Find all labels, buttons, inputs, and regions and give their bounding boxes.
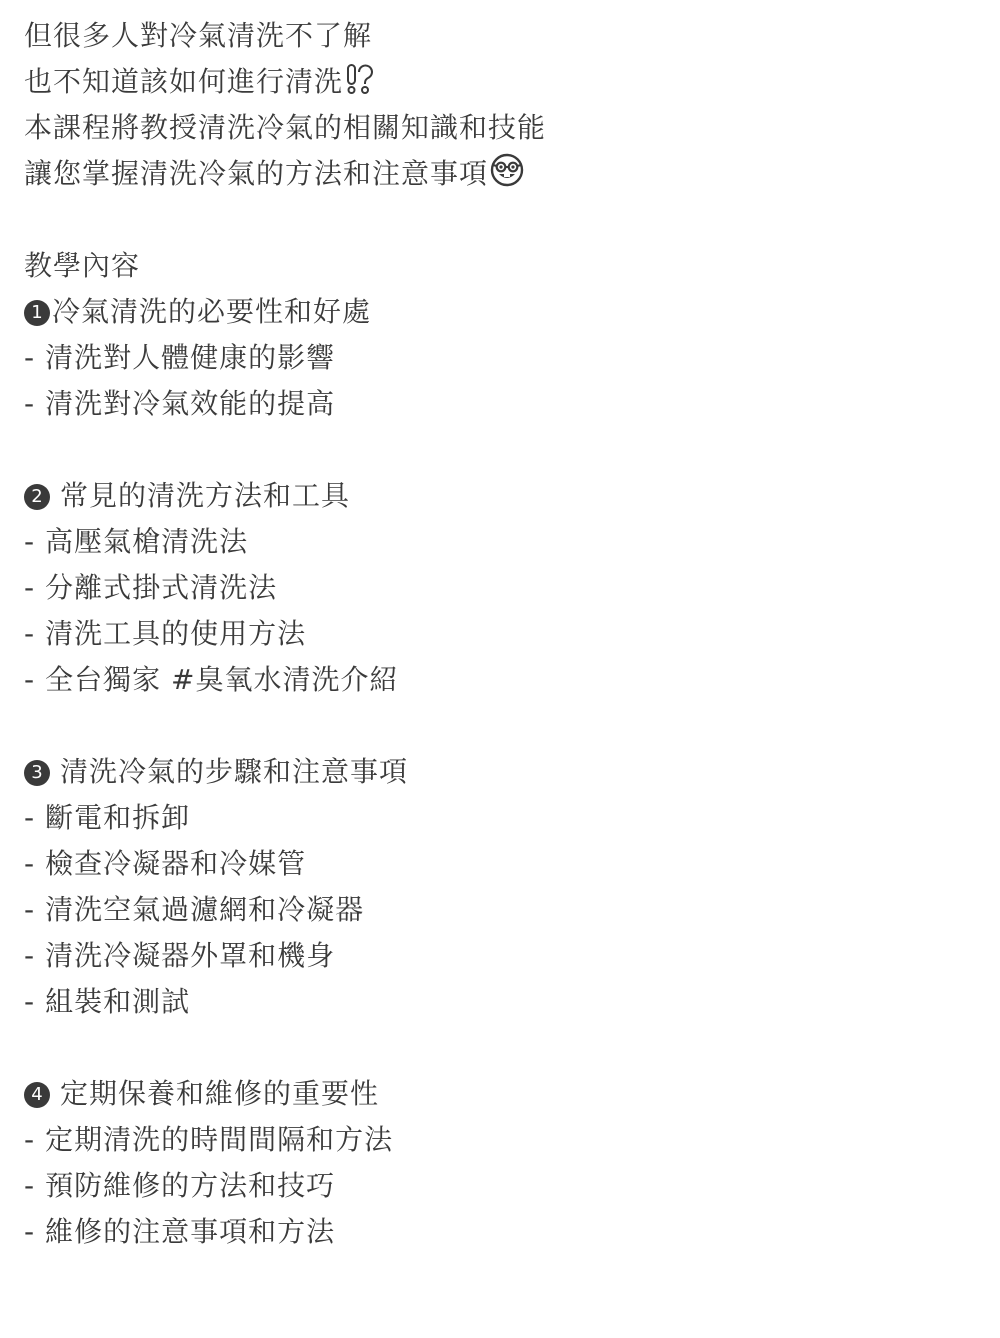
list-item: -清洗對冷氣效能的提高 [24,381,974,427]
intro-line-4: 讓您掌握清洗冷氣的方法和注意事項 [24,151,974,197]
list-item: -高壓氣槍清洗法 [24,519,974,565]
list-item-text: 斷電和拆卸 [45,801,190,834]
spacer [24,1025,974,1071]
list-item: -檢查冷凝器和冷媒管 [24,841,974,887]
intro-text: 讓您掌握清洗冷氣的方法和注意事項 [24,157,488,190]
intro-text: 也不知道該如何進行清洗 [24,65,343,98]
list-item: -定期清洗的時間間隔和方法 [24,1117,974,1163]
list-item-text: 定期清洗的時間間隔和方法 [45,1123,393,1156]
list-item-text: 清洗工具的使用方法 [45,617,306,650]
bullet-dash: - [24,519,35,565]
section-heading: 教學內容 [24,243,974,289]
intro-text: 本課程將教授清洗冷氣的相關知識和技能 [24,111,546,144]
bullet-dash: - [24,335,35,381]
list-item: -斷電和拆卸 [24,795,974,841]
intro-text: 但很多人對冷氣清洗不了解 [24,19,372,52]
spacer [24,427,974,473]
bullet-dash: - [24,611,35,657]
section-3-title: 3清洗冷氣的步驟和注意事項 [24,749,974,795]
section-4-title: 4定期保養和維修的重要性 [24,1071,974,1117]
list-item-text: 高壓氣槍清洗法 [45,525,248,558]
list-item: -清洗對人體健康的影響 [24,335,974,381]
bullet-dash: - [24,1163,35,1209]
section-title-text: 常見的清洗方法和工具 [60,479,350,512]
intro-line-2: 也不知道該如何進行清洗 [24,59,974,105]
bullet-dash: - [24,979,35,1025]
section-title-text: 定期保養和維修的重要性 [60,1077,379,1110]
list-item: -維修的注意事項和方法 [24,1209,974,1255]
spacer [24,197,974,243]
intro-line-1: 但很多人對冷氣清洗不了解 [24,13,974,59]
nerd-face-emoji-icon [490,153,524,201]
list-item: -全台獨家 #臭氧水清洗介紹 [24,657,974,703]
bullet-dash: - [24,887,35,933]
list-item-text: 清洗空氣過濾網和冷凝器 [45,893,364,926]
bullet-dash: - [24,381,35,427]
bullet-dash: - [24,1209,35,1255]
number-badge-1: 1 [24,300,50,326]
list-item: -分離式掛式清洗法 [24,565,974,611]
list-item: -清洗工具的使用方法 [24,611,974,657]
section-title-text: 清洗冷氣的步驟和注意事項 [60,755,408,788]
list-item-text: 清洗對人體健康的影響 [45,341,335,374]
list-item: -清洗冷凝器外罩和機身 [24,933,974,979]
number-badge-4: 4 [24,1082,50,1108]
list-item-text: 組裝和測試 [45,985,190,1018]
list-item-text: 檢查冷凝器和冷媒管 [45,847,306,880]
list-item-text: 清洗冷凝器外罩和機身 [45,939,335,972]
bullet-dash: - [24,795,35,841]
bullet-dash: - [24,657,35,703]
section-title-text: 冷氣清洗的必要性和好處 [52,295,371,328]
intro-line-3: 本課程將教授清洗冷氣的相關知識和技能 [24,105,974,151]
list-item-text: 清洗對冷氣效能的提高 [45,387,335,420]
bullet-dash: - [24,841,35,887]
list-item-text: 全台獨家 #臭氧水清洗介紹 [45,663,398,696]
section-2-title: 2常見的清洗方法和工具 [24,473,974,519]
section-1-title: 1冷氣清洗的必要性和好處 [24,289,974,335]
bullet-dash: - [24,933,35,979]
bullet-dash: - [24,565,35,611]
number-badge-2: 2 [24,484,50,510]
list-item-text: 分離式掛式清洗法 [45,571,277,604]
bullet-dash: - [24,1117,35,1163]
course-description: 但很多人對冷氣清洗不了解 也不知道該如何進行清洗 本課程將教授清洗冷氣的相關知識… [24,13,974,1255]
section-heading-text: 教學內容 [24,249,140,282]
list-item: -組裝和測試 [24,979,974,1025]
spacer [24,703,974,749]
list-item: -預防維修的方法和技巧 [24,1163,974,1209]
number-badge-3: 3 [24,760,50,786]
list-item-text: 預防維修的方法和技巧 [45,1169,335,1202]
exclamation-question-icon [345,63,375,109]
list-item-text: 維修的注意事項和方法 [45,1215,335,1248]
list-item: -清洗空氣過濾網和冷凝器 [24,887,974,933]
